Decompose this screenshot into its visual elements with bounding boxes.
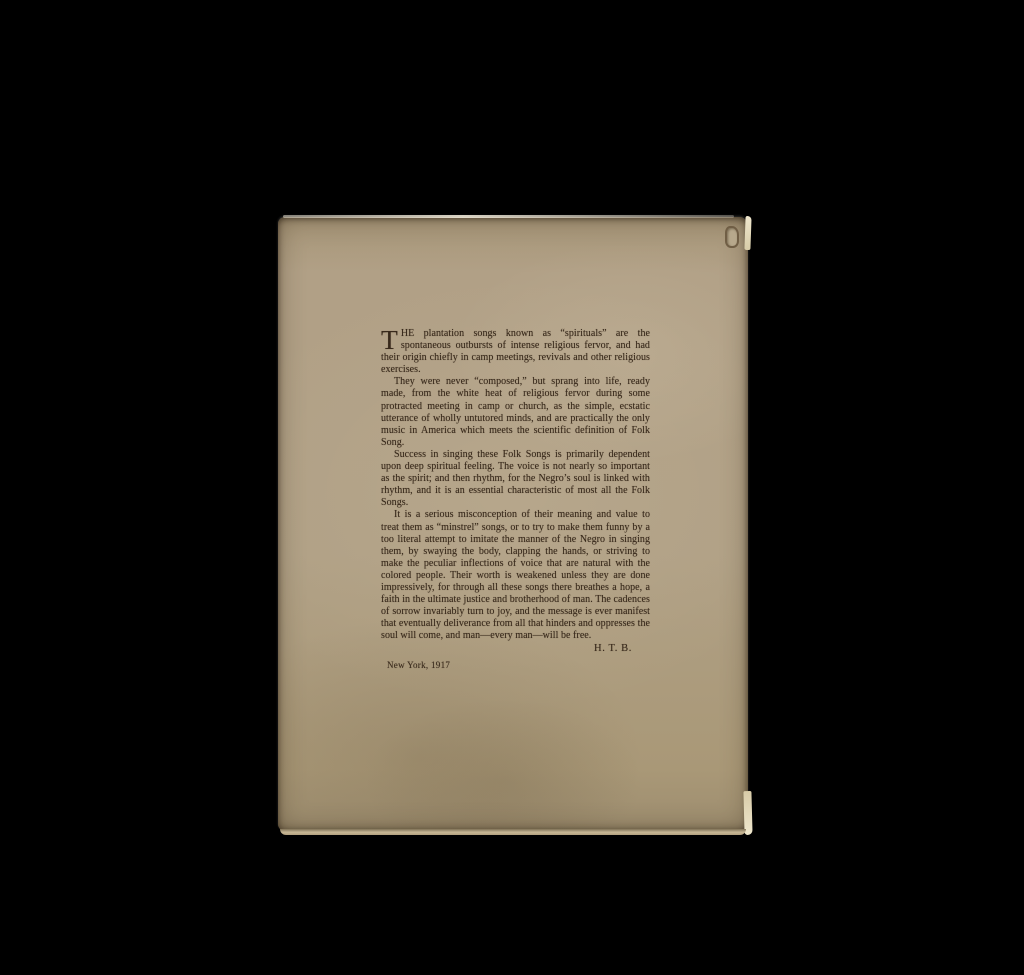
dateline: New York, 1917: [387, 659, 650, 671]
paper-bottom-edge: [280, 829, 746, 835]
page-curl-top-right: [725, 226, 739, 248]
preface-paragraph-1: THE plantation songs known as “spiritual…: [381, 328, 650, 376]
scan-background: THE plantation songs known as “spiritual…: [0, 0, 1024, 975]
paper-top-edge-highlight: [283, 215, 734, 218]
preface-paragraph-2: They were never “composed,” but sprang i…: [381, 376, 650, 449]
drop-cap-letter: T: [381, 328, 401, 351]
preface-paragraph-3: Success in singing these Folk Songs is p…: [381, 449, 650, 509]
preface-paragraph-4: It is a serious misconception of their m…: [381, 509, 650, 642]
author-initials: H. T. B.: [381, 643, 650, 655]
paragraph-text: HE plantation songs known as “spirituals…: [381, 328, 650, 375]
book-page: THE plantation songs known as “spiritual…: [278, 217, 748, 831]
preface-text-block: THE plantation songs known as “spiritual…: [381, 328, 650, 671]
under-page-edge-top-right: [744, 216, 751, 250]
